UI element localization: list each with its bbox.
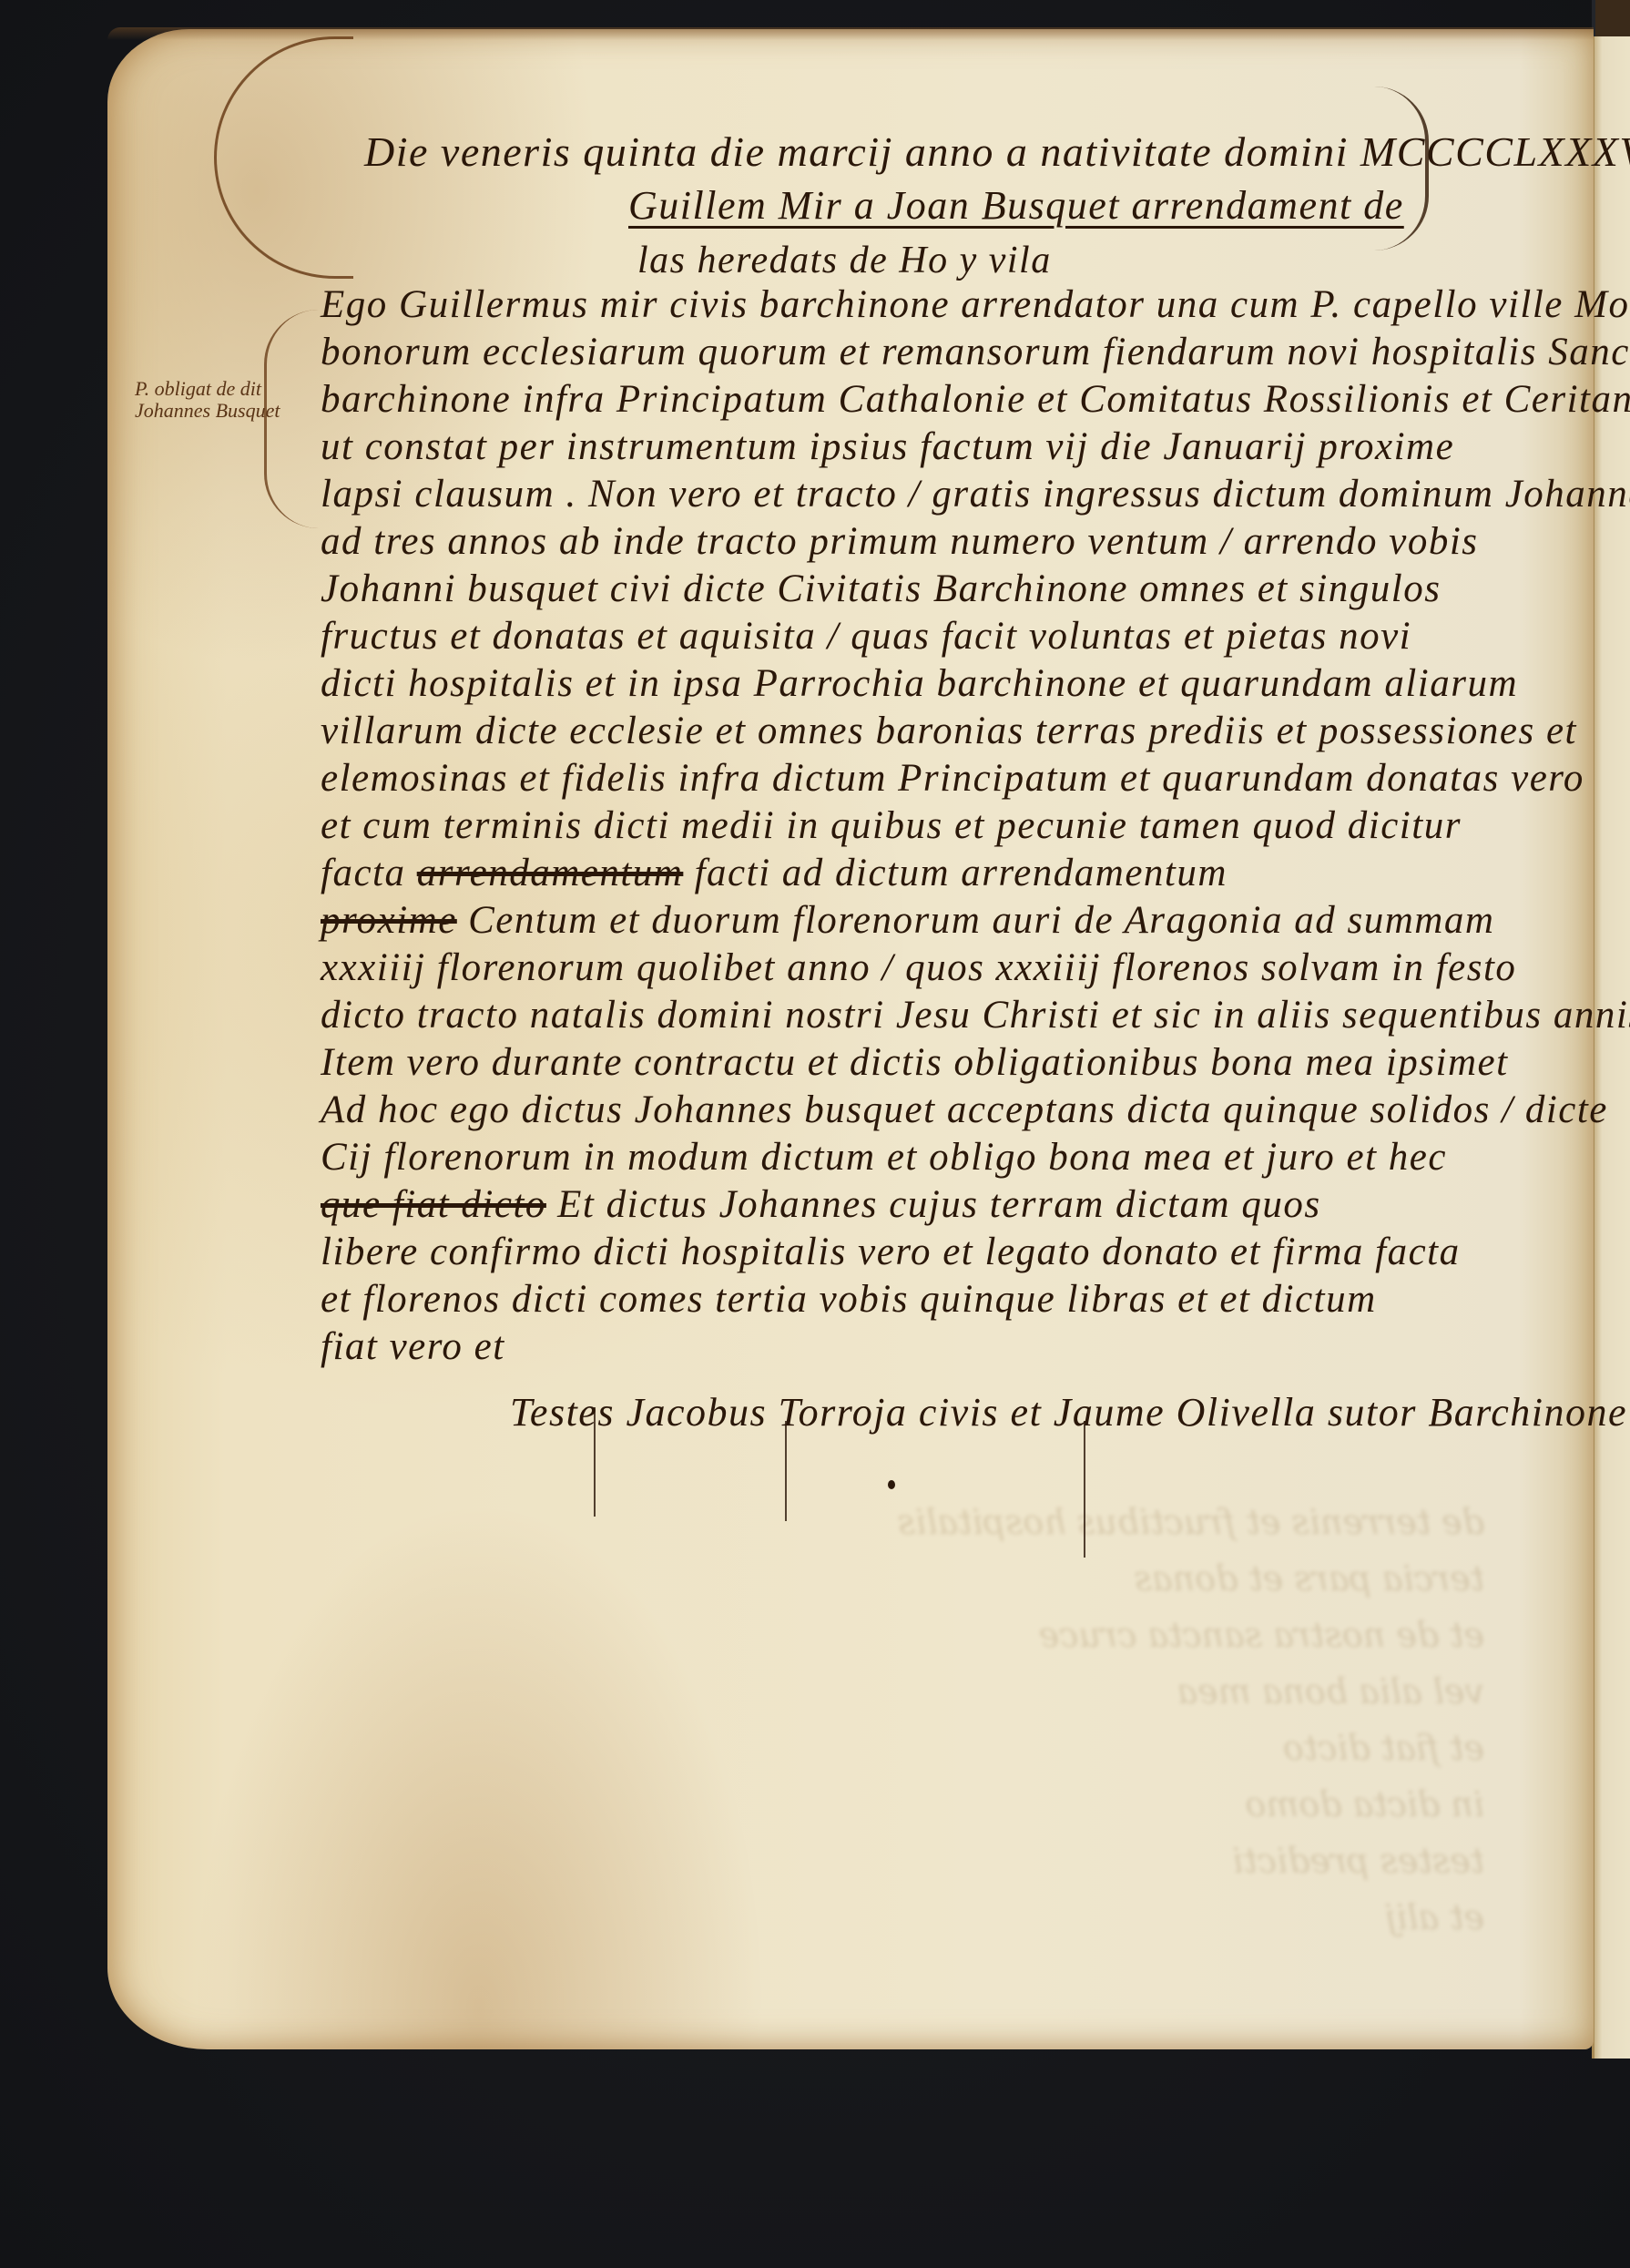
bleed-line: et de nostra sancta cruce (301, 1607, 1484, 1663)
body-line: dicto tracto natalis domini nostri Jesu … (321, 993, 1630, 1037)
body-line: Ad hoc ego dictus Johannes busquet accep… (321, 1088, 1608, 1132)
bleed-line: testes predicti (301, 1833, 1484, 1889)
bleed-line: vel alia bona mea (301, 1663, 1484, 1720)
pen-descender (785, 1421, 787, 1521)
bleed-line: de terrenis et fructibus hospitalis (301, 1494, 1484, 1550)
bleed-line: tercia pars et donas (301, 1550, 1484, 1607)
body-line: barchinone infra Principatum Cathalonie … (321, 377, 1630, 422)
body-line: xxxiiij florenorum quolibet anno / quos … (321, 945, 1516, 990)
body-line: bonorum ecclesiarum quorum et remansorum… (321, 330, 1630, 374)
body-line: proxime Centum et duorum florenorum auri… (321, 898, 1494, 943)
body-line: Johanni busquet civi dicte Civitatis Bar… (321, 567, 1441, 611)
body-line: que fiat dicto Et dictus Johannes cujus … (321, 1182, 1321, 1227)
body-line: Item vero durante contractu et dictis ob… (321, 1040, 1509, 1085)
entry-heading-subtitle: las heredats de Ho y vila (637, 239, 1052, 282)
bleed-line: et fiat dicto (301, 1720, 1484, 1776)
body-line: ut constat per instrumentum ipsius factu… (321, 424, 1454, 469)
struck-text: arrendamentum (417, 852, 684, 894)
bleed-line: in dicta domo (301, 1776, 1484, 1833)
marginal-note: P. obligat de dit Johannes Busquet (135, 378, 280, 422)
body-line: villarum dicte ecclesie et omnes baronia… (321, 709, 1577, 753)
body-line: ad tres annos ab inde tracto primum nume… (321, 519, 1479, 564)
body-line: Cij florenorum in modum dictum et obligo… (321, 1135, 1447, 1180)
struck-text: que fiat dicto (321, 1183, 546, 1226)
body-line: libere confirmo dicti hospitalis vero et… (321, 1230, 1461, 1274)
body-line: dicti hospitalis et in ipsa Parrochia ba… (321, 661, 1518, 706)
entry-heading-title: Guillem Mir a Joan Busquet arrendament d… (628, 182, 1404, 229)
ink-dot (888, 1480, 895, 1489)
body-line: facta arrendamentum facti ad dictum arre… (321, 851, 1228, 895)
pen-descender (1084, 1421, 1085, 1558)
pen-descender (594, 1407, 596, 1517)
struck-text: proxime (321, 899, 457, 942)
body-line: et florenos dicti comes tertia vobis qui… (321, 1277, 1377, 1322)
bleed-line: et alij (301, 1889, 1484, 1946)
margin-note-line: P. obligat de dit (135, 378, 280, 400)
body-line: fructus et donatas et aquisita / quas fa… (321, 614, 1411, 659)
body-line: lapsi clausum . Non vero et tracto / gra… (321, 472, 1630, 516)
date-header-line: Die veneris quinta die marcij anno a nat… (364, 128, 1630, 176)
body-line: Ego Guillermus mir civis barchinone arre… (321, 282, 1630, 327)
body-line: fiat vero et (321, 1324, 505, 1369)
bleed-through-text: de terrenis et fructibus hospitalis terc… (301, 1494, 1484, 1967)
margin-note-line: Johannes Busquet (135, 400, 280, 422)
witness-line: Testes Jacobus Torroja civis et Jaume Ol… (510, 1389, 1627, 1435)
body-line: elemosinas et fidelis infra dictum Princ… (321, 756, 1584, 801)
body-line: et cum terminis dicti medii in quibus et… (321, 803, 1462, 848)
